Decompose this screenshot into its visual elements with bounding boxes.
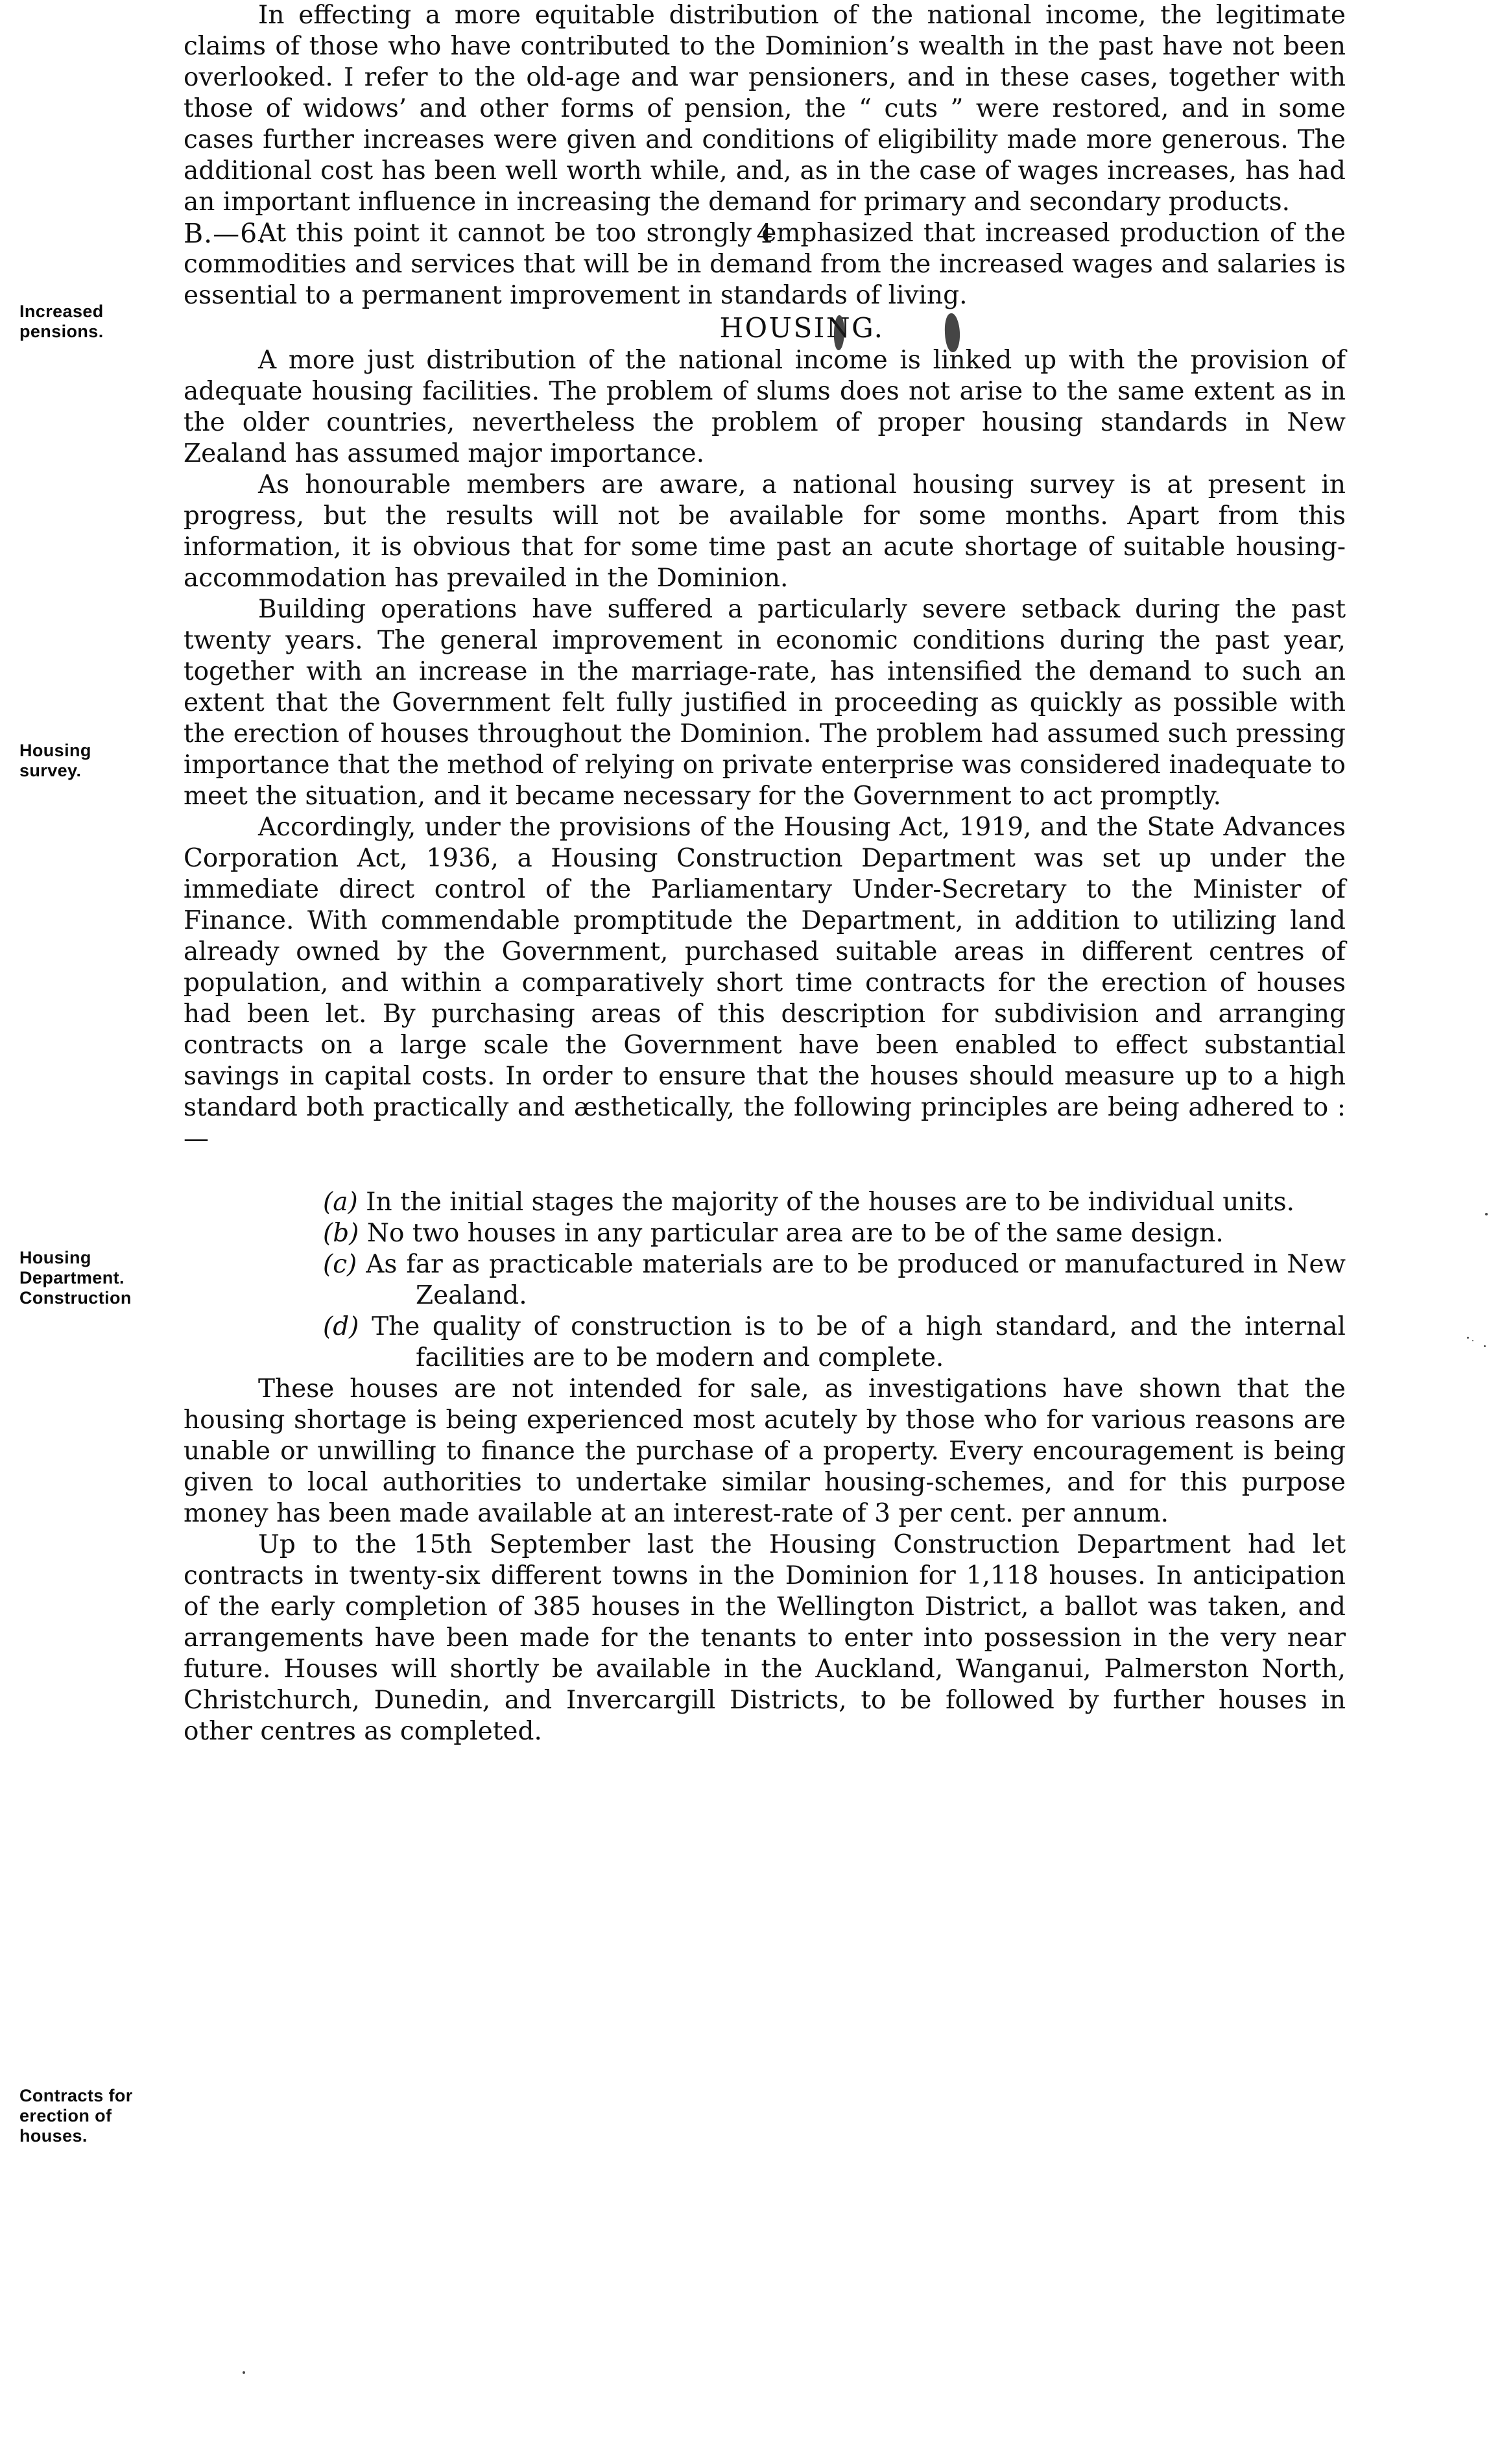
scan-speck: [1472, 1340, 1473, 1341]
list-item-d: (d) The quality of construction is to be…: [184, 1311, 1346, 1374]
paragraph-contracts-let: Up to the 15th September last the Housin…: [184, 1529, 1346, 1747]
margin-note-increased-pensions: Increased pensions.: [19, 302, 169, 342]
list-item-a: (a) In the initial stages the majority o…: [184, 1187, 1346, 1218]
paragraph-housing-department: Accordingly, under the provisions of the…: [184, 812, 1346, 1154]
list-marker-d: (d): [323, 1312, 359, 1341]
list-marker-c: (c): [323, 1250, 357, 1279]
document-page: B.—6. 4 Increased pensions. Housing surv…: [0, 0, 1489, 2464]
list-item-b: (b) No two houses in any particular area…: [184, 1218, 1346, 1249]
paragraph-houses-not-for-sale: These houses are not intended for sale, …: [184, 1374, 1346, 1529]
scan-speck: [1484, 1345, 1486, 1347]
margin-note-contracts-for-erection: Contracts for erection of houses.: [19, 2086, 169, 2146]
list-text-d: The quality of construction is to be of …: [372, 1312, 1346, 1372]
list-text-a: In the initial stages the majority of th…: [366, 1188, 1294, 1217]
margin-note-housing-survey: Housing survey.: [19, 741, 169, 781]
list-marker-b: (b): [323, 1219, 359, 1248]
paragraph-building-operations: Building operations have suffered a part…: [184, 594, 1346, 812]
list-item-c: (c) As far as practicable materials are …: [184, 1249, 1346, 1311]
section-heading-housing: HOUSING.: [184, 311, 1346, 345]
paragraph-housing-survey-2: As honourable members are aware, a natio…: [184, 470, 1346, 594]
scan-speck: [1485, 1213, 1488, 1215]
principles-list: (a) In the initial stages the majority o…: [184, 1187, 1346, 1374]
margin-note-housing-department-construction: Housing Department. Construction: [19, 1248, 169, 1308]
main-text-column: In effecting a more equitable distributi…: [184, 0, 1346, 1747]
paragraph-housing-survey-1: A more just distribution of the national…: [184, 345, 1346, 470]
paragraph-increased-pensions-1: In effecting a more equitable distributi…: [184, 0, 1346, 218]
list-marker-a: (a): [323, 1188, 358, 1217]
paragraph-increased-pensions-2: At this point it cannot be too strongly …: [184, 218, 1346, 311]
list-text-c: As far as practicable materials are to b…: [366, 1250, 1346, 1310]
scan-speck: [1467, 1337, 1469, 1339]
scan-speck: [243, 2371, 245, 2374]
list-text-b: No two houses in any particular area are…: [367, 1219, 1224, 1248]
